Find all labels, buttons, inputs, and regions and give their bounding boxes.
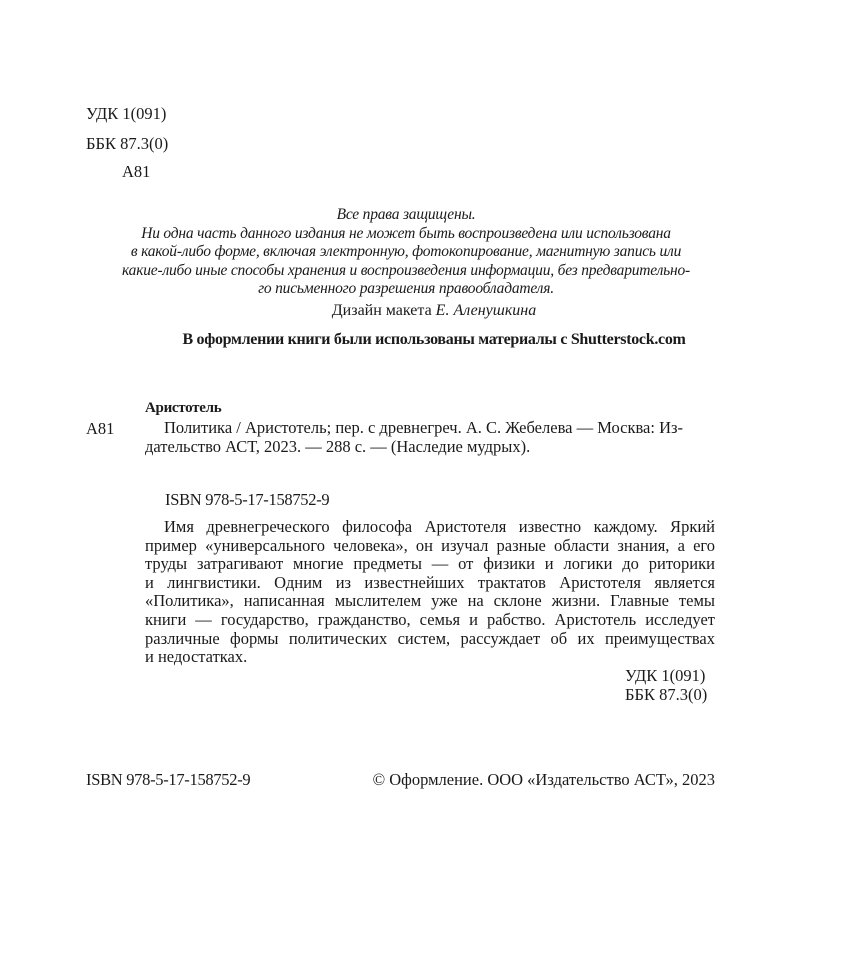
bibliographic-author-mark: А81 [86,419,114,439]
bibliographic-record: Политика / Аристотель; пер. с древнегреч… [145,418,715,456]
rights-notice-line: какие-либо иные способы хранения и воспр… [80,262,732,281]
udk-code: УДК 1(091) [86,104,166,124]
annotation-line: и лингвистики. Одним из известнейших тра… [145,574,715,593]
bibliographic-author: Аристотель [145,400,221,417]
annotation-line: различные формы политических систем, рас… [145,630,715,649]
footer-isbn: ISBN 978-5-17-158752-9 [86,770,250,790]
design-credit: Дизайн макета Е. Аленушкина [0,302,856,320]
isbn: ISBN 978-5-17-158752-9 [165,490,329,510]
annotation-line: пример «универсального человека», он изу… [145,537,715,556]
annotation-line: и недостатках. [145,648,715,667]
bbk-code: ББК 87.3(0) [86,134,168,154]
rights-notice: Все права защищены. Ни одна часть данног… [80,206,732,299]
annotation-line: «Политика», написанная мыслителем уже на… [145,592,715,611]
materials-credit: В оформлении книги были использованы мат… [0,331,856,349]
designer-name: Е. Аленушкина [436,302,537,319]
annotation-line: книги — государство, гражданство, семья … [145,611,715,630]
author-mark: А81 [122,162,150,182]
annotation-line: труды затрагивают многие предметы — от ф… [145,555,715,574]
design-credit-label: Дизайн макета [332,302,436,319]
udk-code: УДК 1(091) [625,666,707,685]
bibliographic-line: Политика / Аристотель; пер. с древнегреч… [145,418,715,437]
rights-notice-line: в какой-либо форме, включая электронную,… [80,243,732,262]
copyright-notice: © Оформление. ООО «Издательство АСТ», 20… [350,770,715,790]
annotation-line: Имя древнегреческого философа Аристотеля… [145,518,715,537]
bibliographic-line: дательство АСТ, 2023. — 288 с. — (Наслед… [145,437,715,456]
classification-codes: УДК 1(091) ББК 87.3(0) [625,666,707,704]
bbk-code: ББК 87.3(0) [625,685,707,704]
rights-notice-line: Все права защищены. [80,206,732,225]
annotation: Имя древнегреческого философа Аристотеля… [145,518,715,667]
rights-notice-line: Ни одна часть данного издания не может б… [80,225,732,244]
rights-notice-line: го письменного разрешения правообладател… [80,280,732,299]
